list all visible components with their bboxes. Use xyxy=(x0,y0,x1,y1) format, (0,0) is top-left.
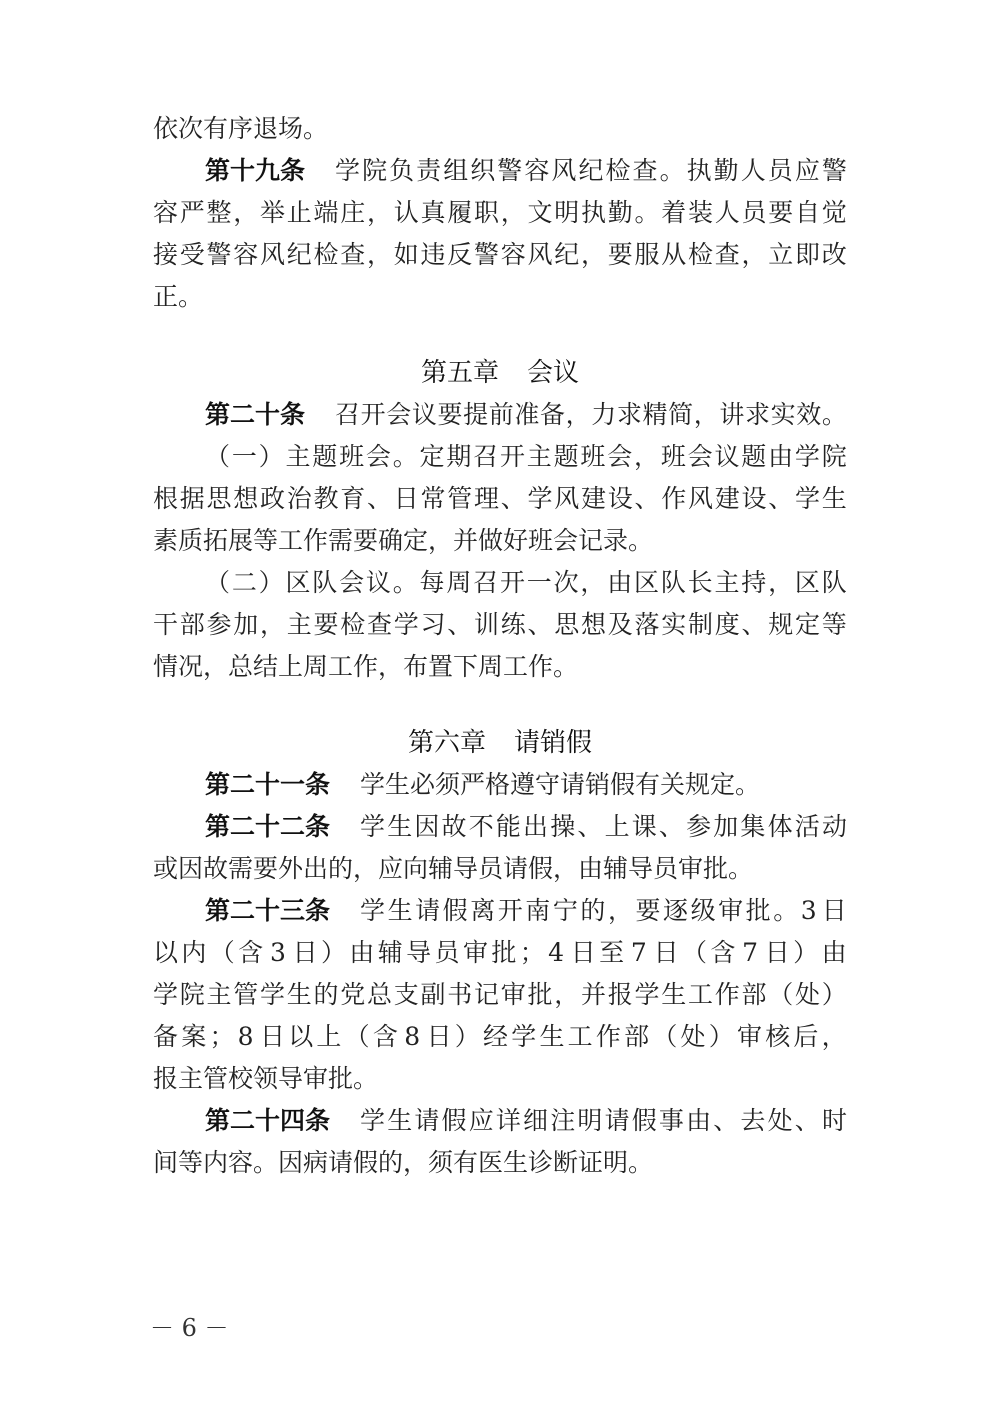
document-page: 依次有序退场。 第十九条 学院负责组织警容风纪检查。执勤人员应警 容严整，举止端… xyxy=(153,108,847,1184)
text-line: 以内（含 3 日）由辅导员审批；4 日至 7 日（含 7 日）由 xyxy=(153,932,847,974)
line-text: 学生因故不能出操、上课、参加集体活动 xyxy=(360,806,847,848)
text-line: 报主管校领导审批。 xyxy=(153,1058,847,1100)
chapter-label: 第五章 xyxy=(421,358,499,388)
text-line: 素质拓展等工作需要确定，并做好班会记录。 xyxy=(153,520,847,562)
text-line: 根据思想政治教育、日常管理、学风建设、作风建设、学生 xyxy=(153,478,847,520)
text-line: 正。 xyxy=(153,276,847,318)
article-label: 第二十三条 xyxy=(205,890,330,932)
line-text: 学生必须严格遵守请销假有关规定。 xyxy=(360,764,760,806)
text-line: 学院主管学生的党总支副书记审批，并报学生工作部（处） xyxy=(153,974,847,1016)
article-20-line-1: 第二十条 召开会议要提前准备，力求精简，讲求实效。 xyxy=(153,394,847,436)
line-text: 以内（含 3 日）由辅导员审批；4 日至 7 日（含 7 日）由 xyxy=(153,932,847,974)
article-23-line-1: 第二十三条 学生请假离开南宁的，要逐级审批。3 日 xyxy=(153,890,847,932)
text-line: 情况，总结上周工作，布置下周工作。 xyxy=(153,646,847,688)
line-text: （一）主题班会。定期召开主题班会，班会议题由学院 xyxy=(205,436,847,478)
chapter-title: 会议 xyxy=(527,358,579,388)
article-22-line-1: 第二十二条 学生因故不能出操、上课、参加集体活动 xyxy=(153,806,847,848)
chapter-label: 第六章 xyxy=(408,728,486,758)
text-line: 干部参加，主要检查学习、训练、思想及落实制度、规定等 xyxy=(153,604,847,646)
line-text: 学院主管学生的党总支副书记审批，并报学生工作部（处） xyxy=(153,974,847,1016)
article-label: 第二十四条 xyxy=(205,1100,330,1142)
text-line: 依次有序退场。 xyxy=(153,108,847,150)
chapter-heading-6: 第六章请销假 xyxy=(153,722,847,764)
line-text: 报主管校领导审批。 xyxy=(153,1058,378,1100)
article-label: 第二十一条 xyxy=(205,764,330,806)
line-text: 依次有序退场。 xyxy=(153,108,328,150)
article-label: 第十九条 xyxy=(205,150,305,192)
chapter-heading-5: 第五章会议 xyxy=(153,352,847,394)
line-text: 或因故需要外出的，应向辅导员请假，由辅导员审批。 xyxy=(153,848,753,890)
line-text: 间等内容。因病请假的，须有医生诊断证明。 xyxy=(153,1142,653,1184)
item-2-line-1: （二）区队会议。每周召开一次，由区队长主持，区队 xyxy=(153,562,847,604)
line-text: 素质拓展等工作需要确定，并做好班会记录。 xyxy=(153,520,653,562)
line-text: 学生请假离开南宁的，要逐级审批。3 日 xyxy=(360,890,847,932)
line-text: 召开会议要提前准备，力求精简，讲求实效。 xyxy=(335,394,847,436)
line-text: 干部参加，主要检查学习、训练、思想及落实制度、规定等 xyxy=(153,604,847,646)
article-19-line-1: 第十九条 学院负责组织警容风纪检查。执勤人员应警 xyxy=(153,150,847,192)
line-text: 学院负责组织警容风纪检查。执勤人员应警 xyxy=(335,150,847,192)
line-text: （二）区队会议。每周召开一次，由区队长主持，区队 xyxy=(205,562,847,604)
article-label: 第二十二条 xyxy=(205,806,330,848)
text-line: 接受警容风纪检查，如违反警容风纪，要服从检查，立即改 xyxy=(153,234,847,276)
item-1-line-1: （一）主题班会。定期召开主题班会，班会议题由学院 xyxy=(153,436,847,478)
chapter-title: 请销假 xyxy=(514,728,592,758)
text-line: 备案；8 日以上（含 8 日）经学生工作部（处）审核后， xyxy=(153,1016,847,1058)
line-text: 备案；8 日以上（含 8 日）经学生工作部（处）审核后， xyxy=(153,1016,847,1058)
line-text: 正。 xyxy=(153,276,203,318)
line-text: 根据思想政治教育、日常管理、学风建设、作风建设、学生 xyxy=(153,478,847,520)
line-text: 容严整，举止端庄，认真履职，文明执勤。着装人员要自觉 xyxy=(153,192,847,234)
line-text: 学生请假应详细注明请假事由、去处、时 xyxy=(360,1100,847,1142)
article-label: 第二十条 xyxy=(205,394,305,436)
text-line: 或因故需要外出的，应向辅导员请假，由辅导员审批。 xyxy=(153,848,847,890)
text-line: 容严整，举止端庄，认真履职，文明执勤。着装人员要自觉 xyxy=(153,192,847,234)
line-text: 接受警容风纪检查，如违反警容风纪，要服从检查，立即改 xyxy=(153,234,847,276)
page-number: － 6 － xyxy=(150,1308,229,1343)
article-21-line-1: 第二十一条学生必须严格遵守请销假有关规定。 xyxy=(153,764,847,806)
text-line: 间等内容。因病请假的，须有医生诊断证明。 xyxy=(153,1142,847,1184)
article-24-line-1: 第二十四条 学生请假应详细注明请假事由、去处、时 xyxy=(153,1100,847,1142)
line-text: 情况，总结上周工作，布置下周工作。 xyxy=(153,646,578,688)
